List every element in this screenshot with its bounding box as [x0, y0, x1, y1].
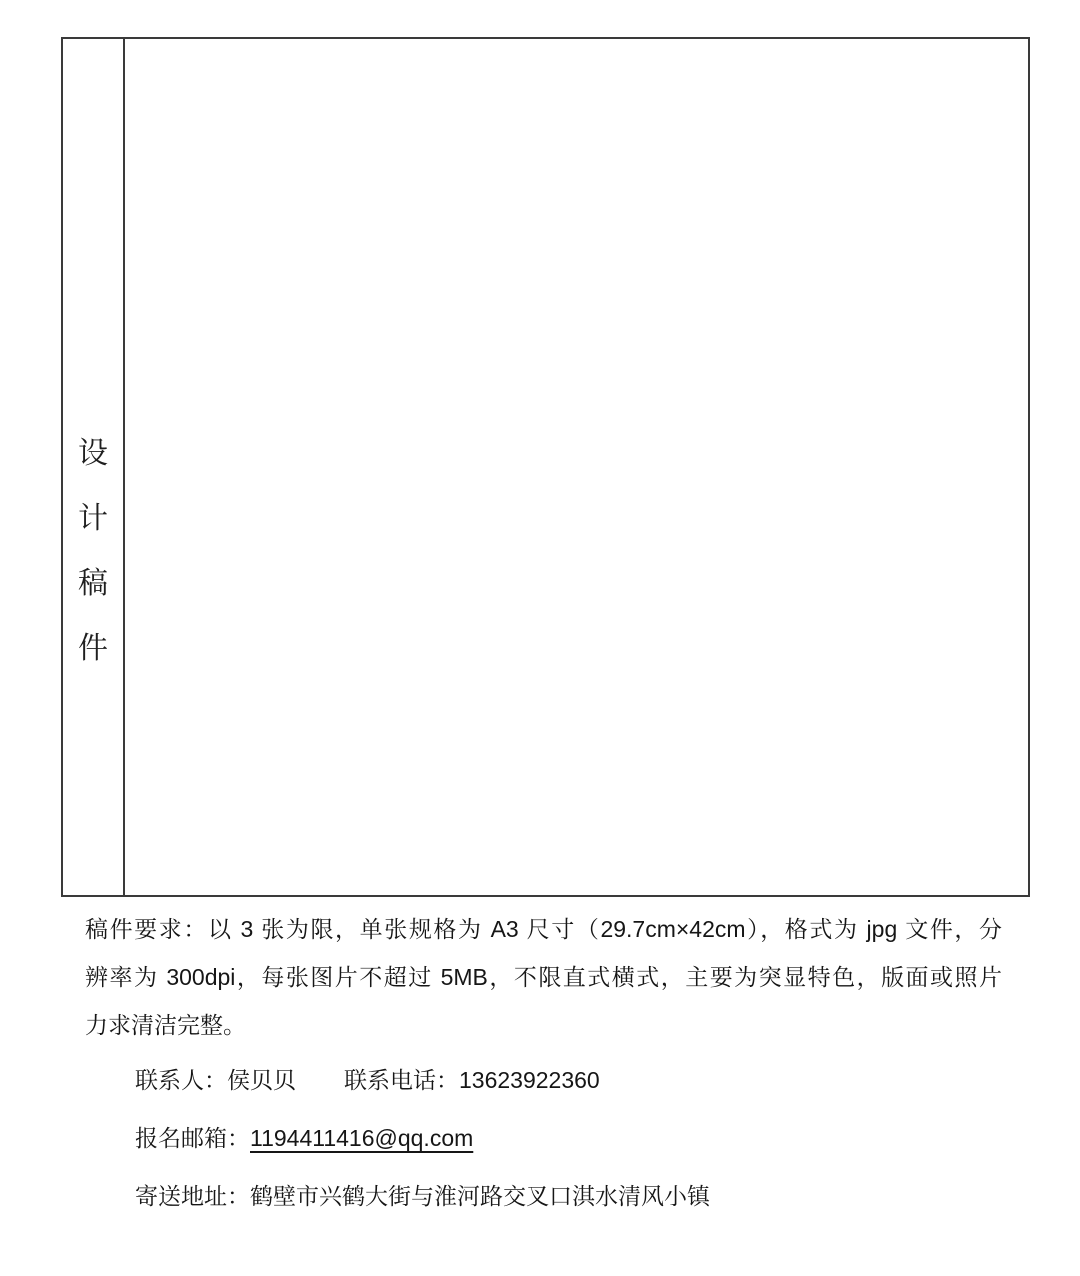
contact-person-value: 侯贝贝 — [227, 1067, 296, 1093]
row-header-char: 稿 — [78, 569, 108, 599]
design-draft-empty-cell — [125, 39, 1028, 895]
contact-info: 联系人：侯贝贝联系电话：13623922360 报名邮箱：1194411416@… — [135, 1066, 710, 1240]
address-line: 寄送地址：鹤壁市兴鹤大街与淮河路交叉口淇水清风小镇 — [135, 1182, 710, 1210]
row-header-design-draft: 设 计 稿 件 — [63, 39, 125, 895]
requirements-text-line: 辨率为 300dpi，每张图片不超过 5MB，不限直式横式，主要为突显特色，版面… — [85, 953, 1002, 1001]
contact-phone-value: 13623922360 — [459, 1067, 600, 1093]
address-value: 鹤壁市兴鹤大街与淮河路交叉口淇水清风小镇 — [250, 1183, 710, 1209]
email-label: 报名邮箱： — [135, 1125, 250, 1151]
submission-requirements: 稿件要求：以 3 张为限，单张规格为 A3 尺寸（29.7cm×42cm），格式… — [85, 905, 1002, 1049]
address-label: 寄送地址： — [135, 1183, 250, 1209]
contact-person-line: 联系人：侯贝贝联系电话：13623922360 — [135, 1066, 710, 1094]
contact-phone-label: 联系电话： — [344, 1067, 459, 1093]
form-page: 设 计 稿 件 稿件要求：以 3 张为限，单张规格为 A3 尺寸（29.7cm×… — [0, 0, 1080, 1276]
row-header-char: 计 — [78, 504, 108, 534]
requirements-text-line: 稿件要求：以 3 张为限，单张规格为 A3 尺寸（29.7cm×42cm），格式… — [85, 905, 1002, 953]
requirements-text-line: 力求清洁完整。 — [85, 1001, 1002, 1049]
row-header-char: 件 — [78, 634, 108, 664]
contact-person-label: 联系人： — [135, 1067, 227, 1093]
row-header-char: 设 — [78, 439, 108, 469]
email-link[interactable]: 1194411416@qq.com — [250, 1125, 473, 1151]
design-draft-table: 设 计 稿 件 — [61, 37, 1030, 897]
email-line: 报名邮箱：1194411416@qq.com — [135, 1124, 710, 1152]
